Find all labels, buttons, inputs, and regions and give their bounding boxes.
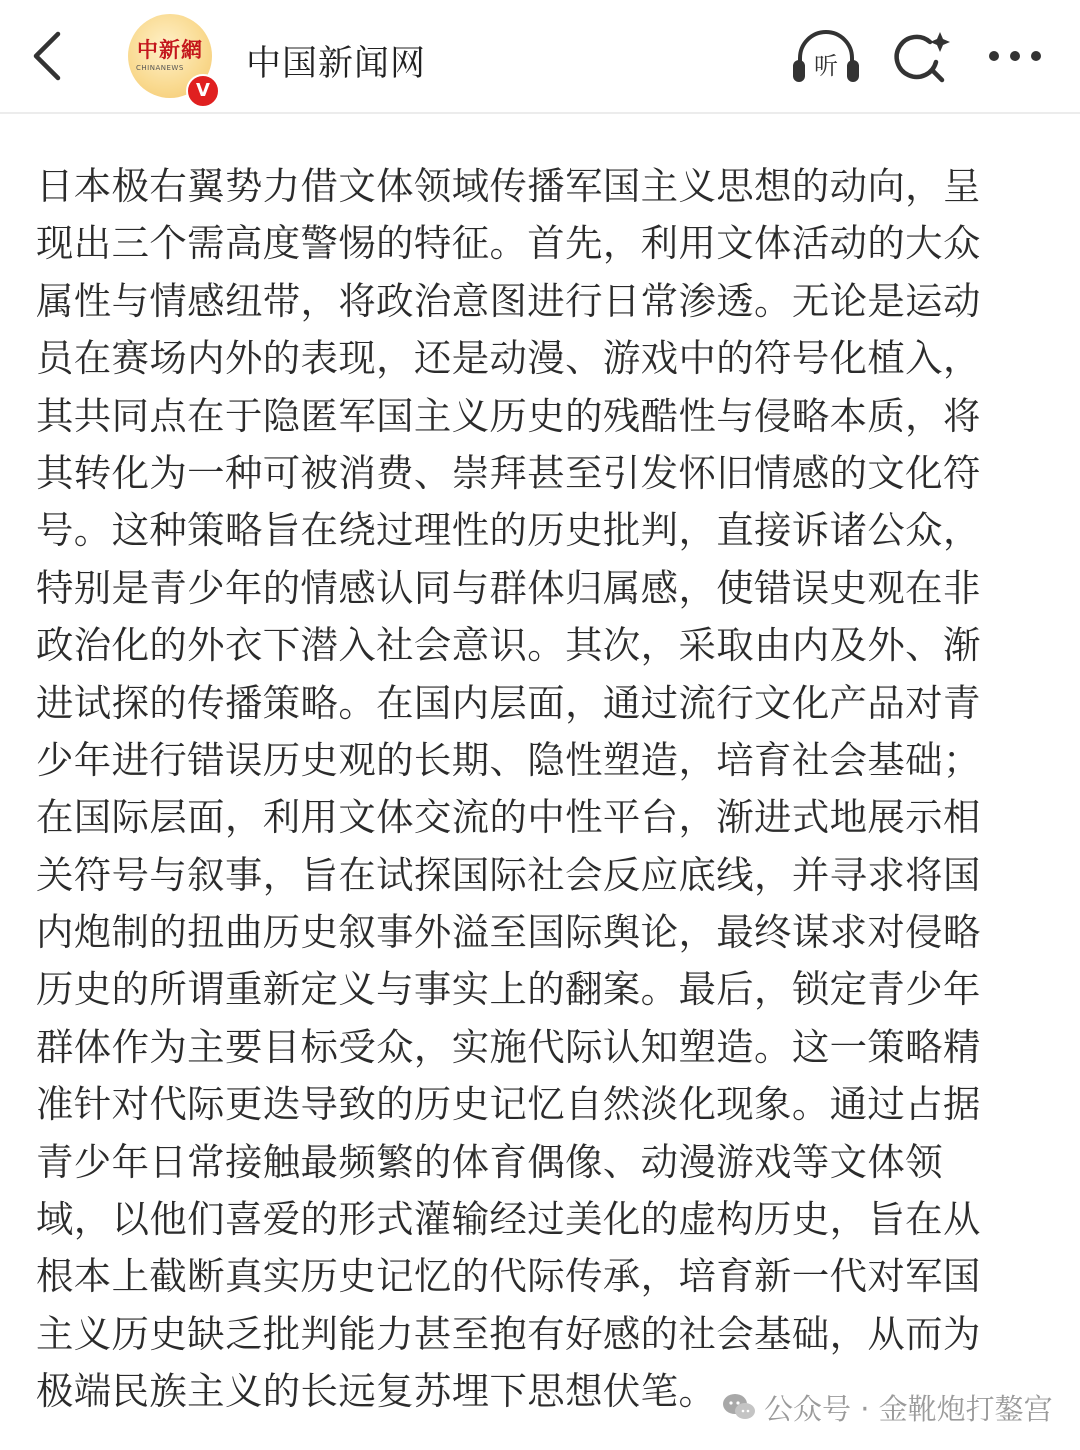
- article-line: 准针对代际更迭导致的历史记忆自然淡化现象。通过占据: [36, 1076, 1036, 1133]
- more-dots-icon: [986, 44, 1046, 68]
- ai-search-button[interactable]: [892, 28, 952, 86]
- article-line: 其共同点在于隐匿军国主义历史的残酷性与侵略本质，将: [36, 388, 1036, 445]
- account-name[interactable]: 中国新闻网: [246, 36, 426, 86]
- verified-badge: V: [186, 74, 220, 108]
- article-line: 员在赛场内外的表现，还是动漫、游戏中的符号化植入，: [36, 330, 1036, 387]
- article-line: 关符号与叙事，旨在试探国际社会反应底线，并寻求将国: [36, 847, 1036, 904]
- sparkle-search-icon: [892, 28, 952, 86]
- headphones-listen-icon: 听: [790, 28, 862, 84]
- wechat-chat-bubble-icon: [722, 1392, 756, 1422]
- article-line: 历史的所谓重新定义与事实上的翻案。最后，锁定青少年: [36, 961, 1036, 1018]
- article-line: 在国际层面，利用文体交流的中性平台，渐进式地展示相: [36, 789, 1036, 846]
- article-line: 根本上截断真实历史记忆的代际传承，培育新一代对军国: [36, 1248, 1036, 1305]
- article-line: 现出三个需高度警惕的特征。首先，利用文体活动的大众: [36, 215, 1036, 272]
- article-line: 其转化为一种可被消费、崇拜甚至引发怀旧情感的文化符: [36, 445, 1036, 502]
- article-line: 青少年日常接触最频繁的体育偶像、动漫游戏等文体领: [36, 1134, 1036, 1191]
- article-line: 特别是青少年的情感认同与群体归属感，使错误史观在非: [36, 560, 1036, 617]
- avatar-logo-subtext: CHINANEWS: [136, 64, 196, 72]
- article-line: 号。这种策略旨在绕过理性的历史批判，直接诉诸公众，: [36, 502, 1036, 559]
- svg-text:听: 听: [814, 52, 838, 80]
- top-nav-bar: 中新網 CHINANEWS V 中国新闻网 听: [0, 0, 1080, 114]
- article-line: 进试探的传播策略。在国内层面，通过流行文化产品对青: [36, 675, 1036, 732]
- back-button[interactable]: [28, 30, 68, 82]
- watermark-text: 公众号 · 金靴炮打鏊宫: [764, 1387, 1053, 1428]
- article-line: 日本极右翼势力借文体领域传播军国主义思想的动向，呈: [36, 158, 1036, 215]
- more-button[interactable]: [986, 44, 1046, 68]
- article-line: 属性与情感纽带，将政治意图进行日常渗透。无论是运动: [36, 273, 1036, 330]
- article-line: 域，以他们喜爱的形式灌输经过美化的虚构历史，旨在从: [36, 1191, 1036, 1248]
- avatar-logo-text: 中新網: [134, 34, 206, 64]
- article-line: 政治化的外衣下潜入社会意识。其次，采取由内及外、渐: [36, 617, 1036, 674]
- listen-button[interactable]: 听: [790, 28, 862, 84]
- article-body: 日本极右翼势力借文体领域传播军国主义思想的动向，呈 现出三个需高度警惕的特征。首…: [36, 158, 1036, 1421]
- article-line: 群体作为主要目标受众，实施代际认知塑造。这一策略精: [36, 1019, 1036, 1076]
- article-line: 内炮制的扭曲历史叙事外溢至国际舆论，最终谋求对侵略: [36, 904, 1036, 961]
- chevron-left-icon: [28, 30, 68, 82]
- article-line: 主义历史缺乏批判能力甚至抱有好感的社会基础，从而为: [36, 1306, 1036, 1363]
- article-line: 少年进行错误历史观的长期、隐性塑造，培育社会基础；: [36, 732, 1036, 789]
- watermark: 公众号 · 金靴炮打鏊宫: [722, 1387, 1053, 1427]
